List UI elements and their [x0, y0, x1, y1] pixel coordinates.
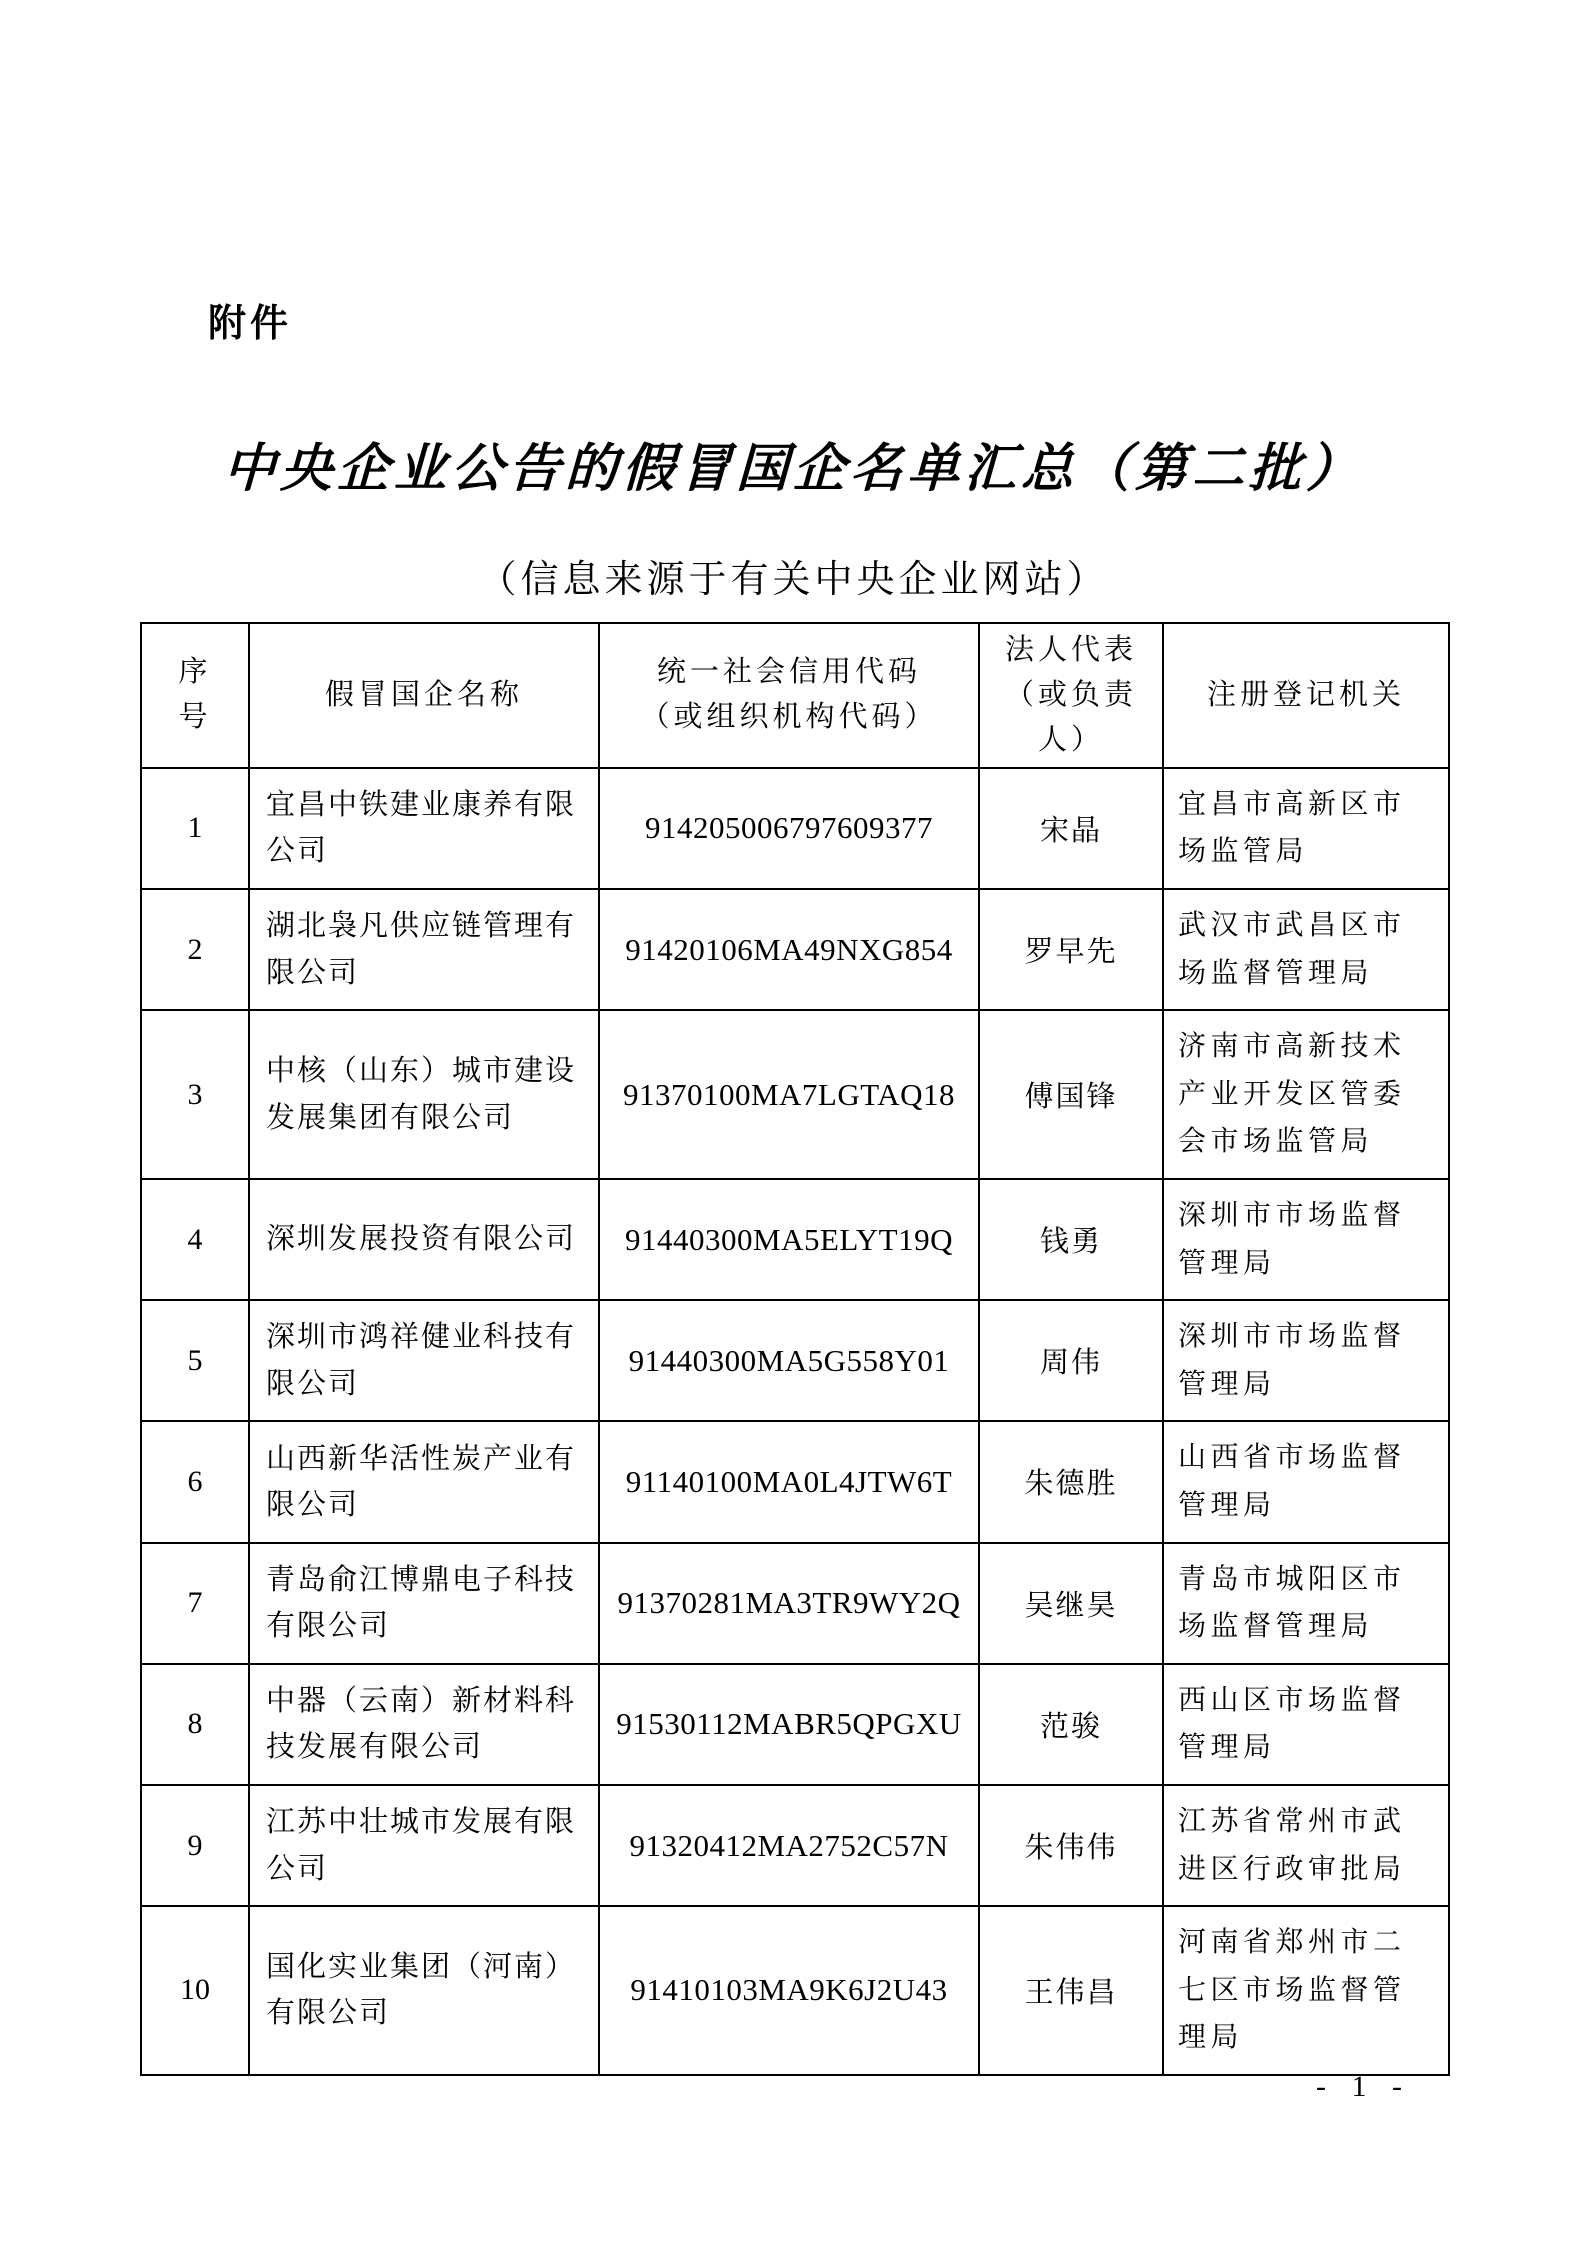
legal-rep-cell: 宋晶: [979, 768, 1163, 889]
column-header-index: 序号: [141, 623, 249, 768]
registrar-cell: 江苏省常州市武进区行政审批局: [1163, 1785, 1449, 1906]
column-header-credit-code-line1: 统一社会信用代码: [606, 650, 972, 695]
index-cell: 6: [141, 1421, 249, 1542]
column-header-credit-code-line2: （或组织机构代码）: [606, 695, 972, 740]
registrar-cell: 武汉市武昌区市场监督管理局: [1163, 889, 1449, 1010]
table-body: 1宜昌中铁建业康养有限公司914205006797609377宋晶宜昌市高新区市…: [141, 768, 1449, 2075]
index-cell: 5: [141, 1300, 249, 1421]
index-cell: 8: [141, 1664, 249, 1785]
table-row: 1宜昌中铁建业康养有限公司914205006797609377宋晶宜昌市高新区市…: [141, 768, 1449, 889]
index-cell: 9: [141, 1785, 249, 1906]
name-cell: 宜昌中铁建业康养有限公司: [249, 768, 599, 889]
registrar-cell: 深圳市市场监督管理局: [1163, 1179, 1449, 1300]
column-header-credit-code: 统一社会信用代码 （或组织机构代码）: [599, 623, 979, 768]
table-row: 9江苏中壮城市发展有限公司91320412MA2752C57N朱伟伟江苏省常州市…: [141, 1785, 1449, 1906]
legal-rep-cell: 吴继昊: [979, 1543, 1163, 1664]
table-row: 10国化实业集团（河南）有限公司91410103MA9K6J2U43王伟昌河南省…: [141, 1906, 1449, 2075]
name-cell: 深圳发展投资有限公司: [249, 1179, 599, 1300]
code-cell: 91140100MA0L4JTW6T: [599, 1421, 979, 1542]
table-row: 4深圳发展投资有限公司91440300MA5ELYT19Q钱勇深圳市市场监督管理…: [141, 1179, 1449, 1300]
index-cell: 4: [141, 1179, 249, 1300]
table-header-row: 序号 假冒国企名称 统一社会信用代码 （或组织机构代码） 法人代表 （或负责人）…: [141, 623, 1449, 768]
code-cell: 91370100MA7LGTAQ18: [599, 1010, 979, 1179]
name-cell: 国化实业集团（河南）有限公司: [249, 1906, 599, 2075]
table-row: 3中核（山东）城市建设发展集团有限公司91370100MA7LGTAQ18傅国锋…: [141, 1010, 1449, 1179]
registrar-cell: 济南市高新技术产业开发区管委会市场监管局: [1163, 1010, 1449, 1179]
index-cell: 3: [141, 1010, 249, 1179]
column-header-legal-rep-line2: （或负责人）: [986, 673, 1156, 763]
column-header-name: 假冒国企名称: [249, 623, 599, 768]
registrar-cell: 西山区市场监督管理局: [1163, 1664, 1449, 1785]
table-container: 序号 假冒国企名称 统一社会信用代码 （或组织机构代码） 法人代表 （或负责人）…: [140, 622, 1448, 2076]
name-cell: 山西新华活性炭产业有限公司: [249, 1421, 599, 1542]
code-cell: 91370281MA3TR9WY2Q: [599, 1543, 979, 1664]
column-header-index-label: 序号: [178, 650, 212, 740]
name-cell: 湖北袅凡供应链管理有限公司: [249, 889, 599, 1010]
code-cell: 91320412MA2752C57N: [599, 1785, 979, 1906]
name-cell: 中核（山东）城市建设发展集团有限公司: [249, 1010, 599, 1179]
document-page: 附件 中央企业公告的假冒国企名单汇总（第二批） （信息来源于有关中央企业网站） …: [0, 0, 1587, 2245]
table-row: 7青岛俞江博鼎电子科技有限公司91370281MA3TR9WY2Q吴继昊青岛市城…: [141, 1543, 1449, 1664]
legal-rep-cell: 钱勇: [979, 1179, 1163, 1300]
legal-rep-cell: 傅国锋: [979, 1010, 1163, 1179]
legal-rep-cell: 范骏: [979, 1664, 1163, 1785]
legal-rep-cell: 周伟: [979, 1300, 1163, 1421]
index-cell: 10: [141, 1906, 249, 2075]
index-cell: 2: [141, 889, 249, 1010]
code-cell: 91440300MA5G558Y01: [599, 1300, 979, 1421]
fake-soe-table: 序号 假冒国企名称 统一社会信用代码 （或组织机构代码） 法人代表 （或负责人）…: [140, 622, 1450, 2076]
legal-rep-cell: 王伟昌: [979, 1906, 1163, 2075]
legal-rep-cell: 朱德胜: [979, 1421, 1163, 1542]
column-header-legal-rep: 法人代表 （或负责人）: [979, 623, 1163, 768]
code-cell: 91410103MA9K6J2U43: [599, 1906, 979, 2075]
index-cell: 1: [141, 768, 249, 889]
name-cell: 江苏中壮城市发展有限公司: [249, 1785, 599, 1906]
table-row: 2湖北袅凡供应链管理有限公司91420106MA49NXG854罗早先武汉市武昌…: [141, 889, 1449, 1010]
document-subtitle: （信息来源于有关中央企业网站）: [0, 548, 1587, 603]
name-cell: 深圳市鸿祥健业科技有限公司: [249, 1300, 599, 1421]
name-cell: 中器（云南）新材料科技发展有限公司: [249, 1664, 599, 1785]
table-row: 6山西新华活性炭产业有限公司91140100MA0L4JTW6T朱德胜山西省市场…: [141, 1421, 1449, 1542]
registrar-cell: 河南省郑州市二七区市场监督管理局: [1163, 1906, 1449, 2075]
index-cell: 7: [141, 1543, 249, 1664]
registrar-cell: 深圳市市场监督管理局: [1163, 1300, 1449, 1421]
column-header-registrar: 注册登记机关: [1163, 623, 1449, 768]
page-number: - 1 -: [1316, 2070, 1411, 2104]
legal-rep-cell: 朱伟伟: [979, 1785, 1163, 1906]
attachment-label: 附件: [208, 292, 292, 347]
column-header-legal-rep-line1: 法人代表: [986, 628, 1156, 673]
registrar-cell: 山西省市场监督管理局: [1163, 1421, 1449, 1542]
code-cell: 91440300MA5ELYT19Q: [599, 1179, 979, 1300]
code-cell: 91420106MA49NXG854: [599, 889, 979, 1010]
name-cell: 青岛俞江博鼎电子科技有限公司: [249, 1543, 599, 1664]
table-row: 5深圳市鸿祥健业科技有限公司91440300MA5G558Y01周伟深圳市市场监…: [141, 1300, 1449, 1421]
code-cell: 914205006797609377: [599, 768, 979, 889]
registrar-cell: 青岛市城阳区市场监督管理局: [1163, 1543, 1449, 1664]
registrar-cell: 宜昌市高新区市场监管局: [1163, 768, 1449, 889]
document-title: 中央企业公告的假冒国企名单汇总（第二批）: [0, 426, 1587, 501]
code-cell: 91530112MABR5QPGXU: [599, 1664, 979, 1785]
legal-rep-cell: 罗早先: [979, 889, 1163, 1010]
table-row: 8中器（云南）新材料科技发展有限公司91530112MABR5QPGXU范骏西山…: [141, 1664, 1449, 1785]
